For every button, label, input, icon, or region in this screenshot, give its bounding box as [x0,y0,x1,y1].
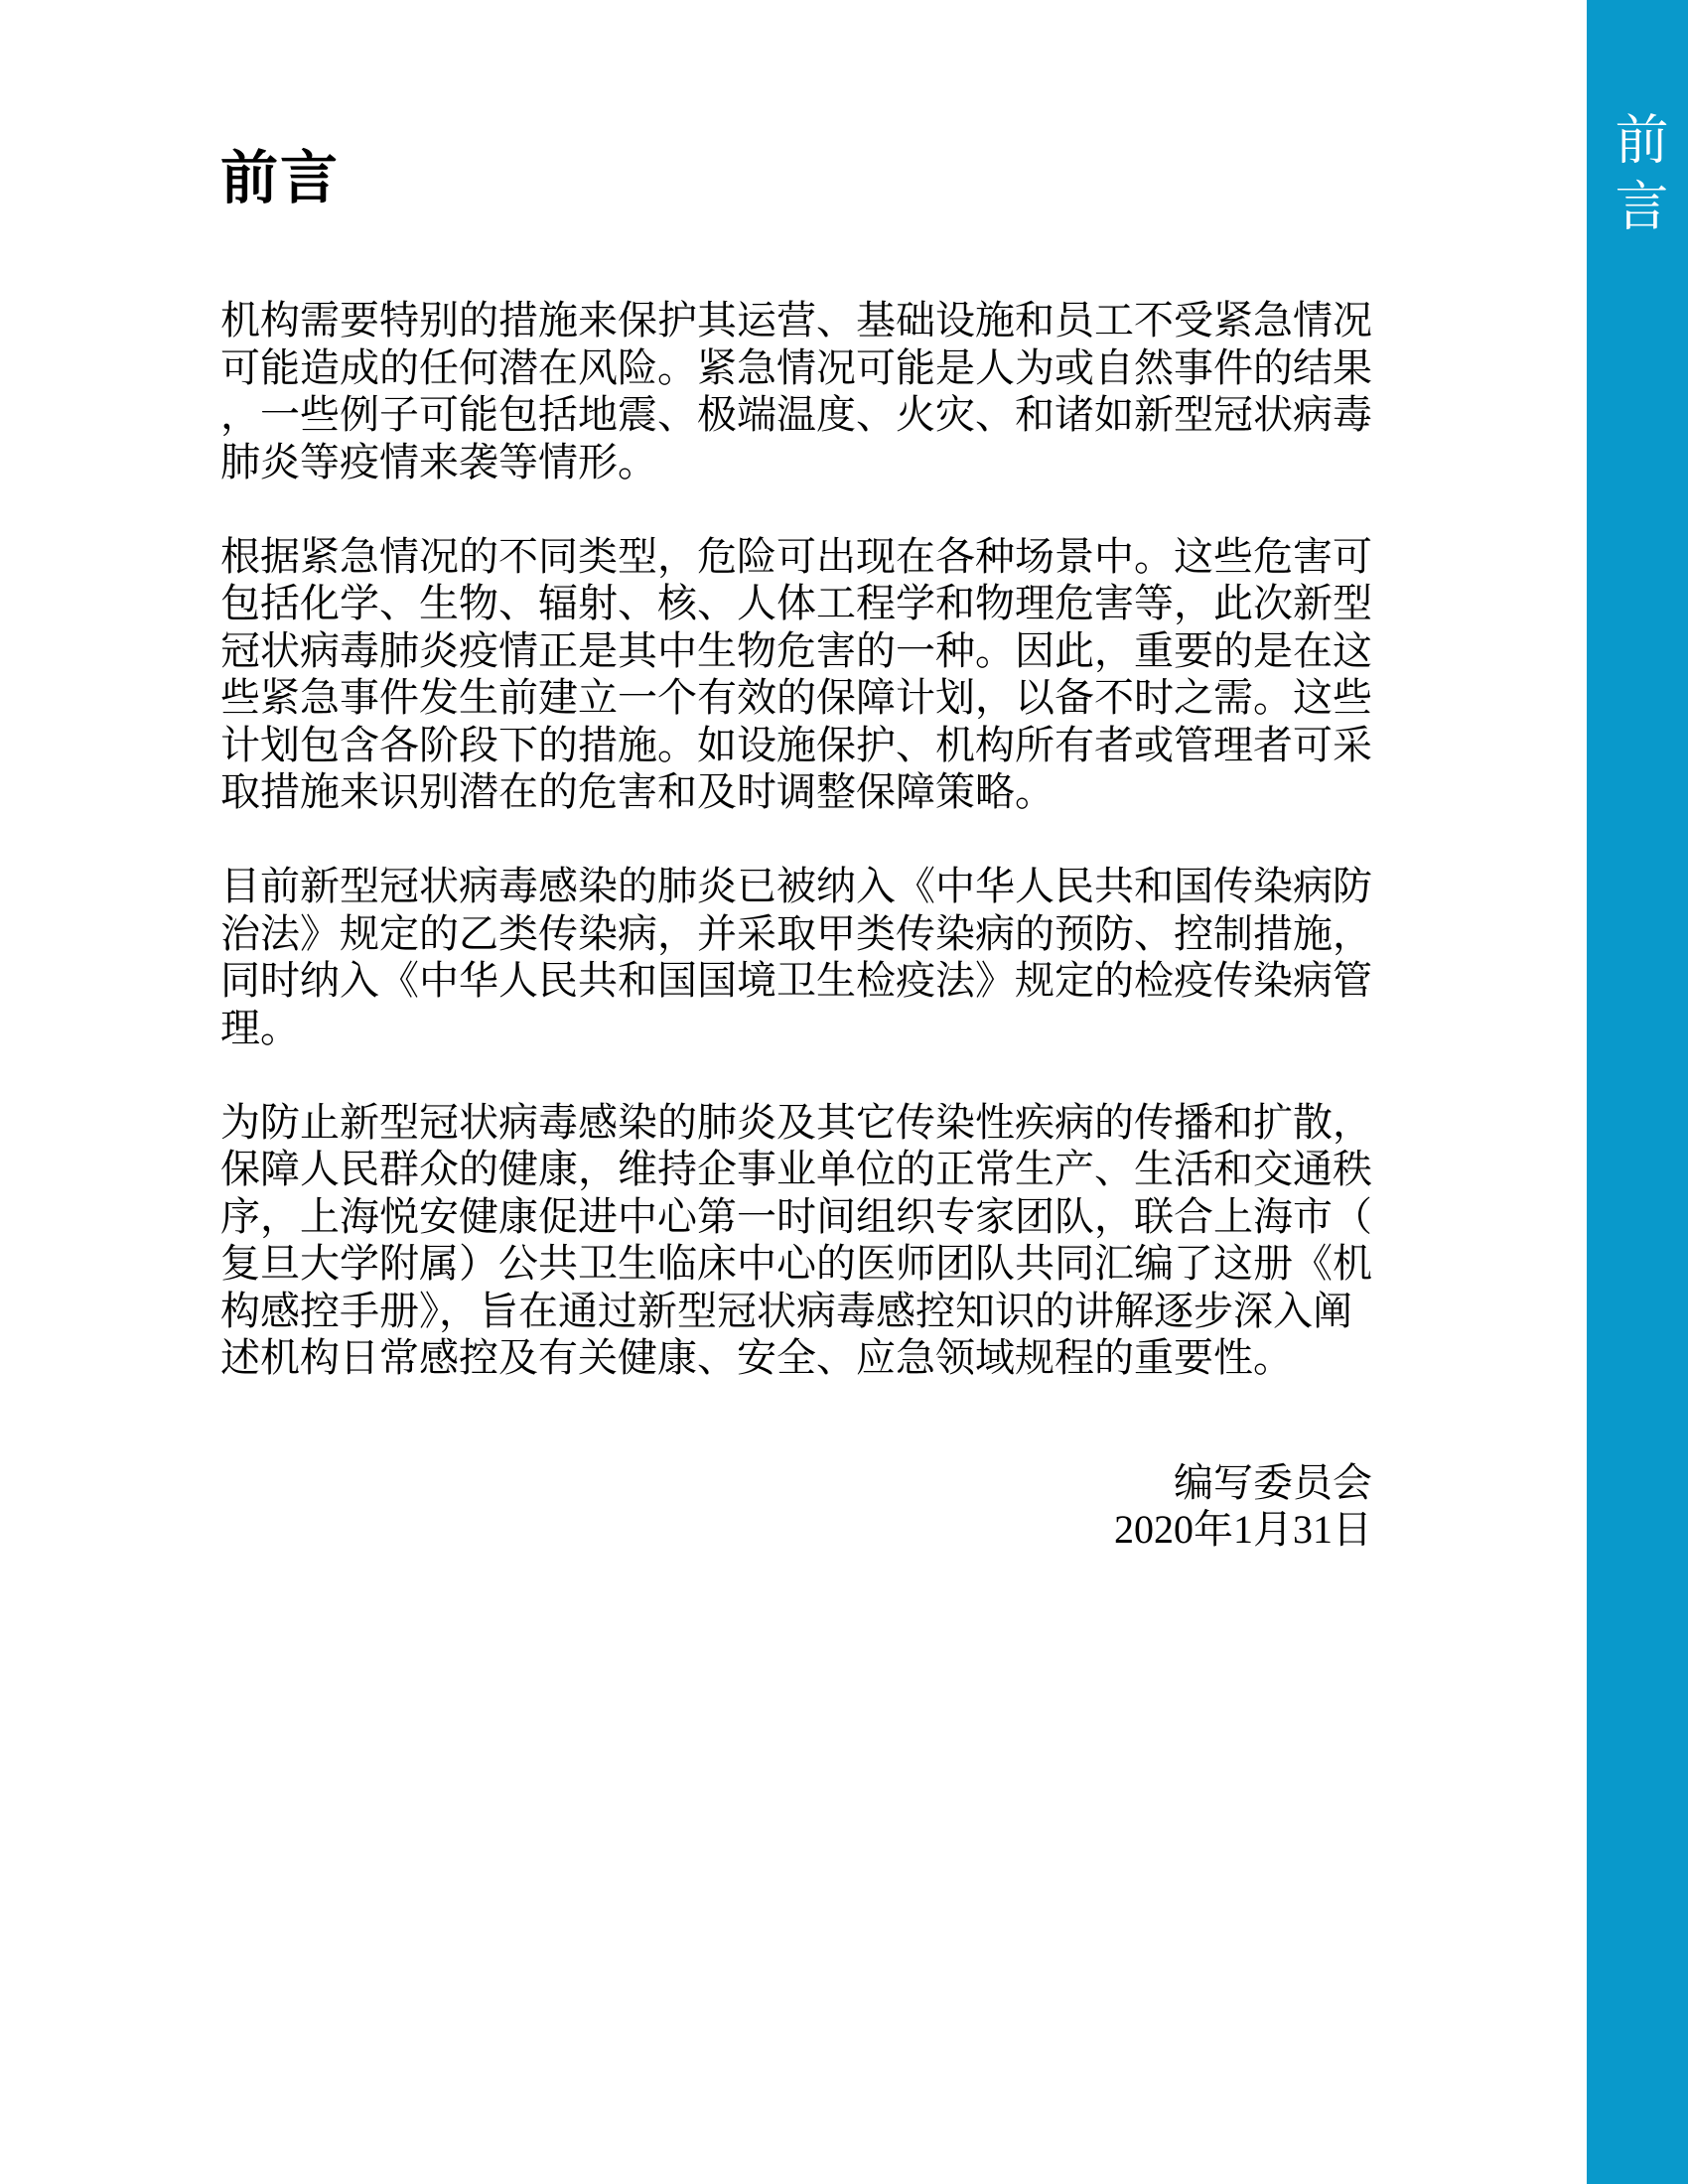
chapter-tab-bar: 前言 [1587,0,1688,2184]
body-line: 取措施来识别潜在的危害和及时调整保障策略。 [220,768,1372,816]
body-line: 目前新型冠状病毒感染的肺炎已被纳入《中华人民共和国传染病防 [220,863,1372,910]
body-line: 肺炎等疫情来袭等情形。 [220,439,1372,486]
signature-block: 编写委员会 2020年1月31日 [220,1459,1372,1554]
page-title: 前言 [220,147,340,210]
body-line: 冠状病毒肺炎疫情正是其中生物危害的一种。因此，重要的是在这 [220,627,1372,675]
paragraph: 机构需要特别的措施来保护其运营、基础设施和员工不受紧急情况 可能造成的任何潜在风… [220,297,1372,485]
body-line: 复旦大学附属）公共卫生临床中心的医师团队共同汇编了这册《机 [220,1240,1372,1288]
body-line: 为防止新型冠状病毒感染的肺炎及其它传染性疾病的传播和扩散， [220,1099,1372,1147]
body-line: 些紧急事件发生前建立一个有效的保障计划，以备不时之需。这些 [220,674,1372,722]
body-line: 包括化学、生物、辐射、核、人体工程学和物理危害等，此次新型 [220,580,1372,627]
body-line: 根据紧急情况的不同类型，危险可出现在各种场景中。这些危害可 [220,533,1372,581]
body-line: 序，上海悦安健康促进中心第一时间组织专家团队，联合上海市（ [220,1193,1372,1241]
body-line: 述机构日常感控及有关健康、安全、应急领域规程的重要性。 [220,1334,1372,1382]
paragraph: 为防止新型冠状病毒感染的肺炎及其它传染性疾病的传播和扩散， 保障人民群众的健康，… [220,1099,1372,1382]
body-line: 保障人民群众的健康，维持企事业单位的正常生产、生活和交通秩 [220,1146,1372,1193]
paragraph: 根据紧急情况的不同类型，危险可出现在各种场景中。这些危害可 包括化学、生物、辐射… [220,533,1372,816]
signature-date: 2020年1月31日 [220,1506,1372,1554]
body-line: 理。 [220,1005,1372,1052]
chapter-tab-label: 前言 [1611,111,1664,244]
body-line: 同时纳入《中华人民共和国国境卫生检疫法》规定的检疫传染病管 [220,957,1372,1005]
document-page: 前言 前言 机构需要特别的措施来保护其运营、基础设施和员工不受紧急情况 可能造成… [0,0,1688,2184]
body-line: 治法》规定的乙类传染病，并采取甲类传染病的预防、控制措施， [220,910,1372,958]
body-line: 计划包含各阶段下的措施。如设施保护、机构所有者或管理者可采 [220,722,1372,769]
paragraph: 目前新型冠状病毒感染的肺炎已被纳入《中华人民共和国传染病防 治法》规定的乙类传染… [220,863,1372,1051]
body-line: 可能造成的任何潜在风险。紧急情况可能是人为或自然事件的结果 [220,344,1372,392]
body-line: ，一些例子可能包括地震、极端温度、火灾、和诸如新型冠状病毒 [220,391,1372,439]
signature-author: 编写委员会 [220,1459,1372,1507]
body-text: 机构需要特别的措施来保护其运营、基础设施和员工不受紧急情况 可能造成的任何潜在风… [220,297,1372,1554]
body-line: 机构需要特别的措施来保护其运营、基础设施和员工不受紧急情况 [220,297,1372,344]
body-line: 构感控手册》，旨在通过新型冠状病毒感控知识的讲解逐步深入阐 [220,1288,1372,1335]
